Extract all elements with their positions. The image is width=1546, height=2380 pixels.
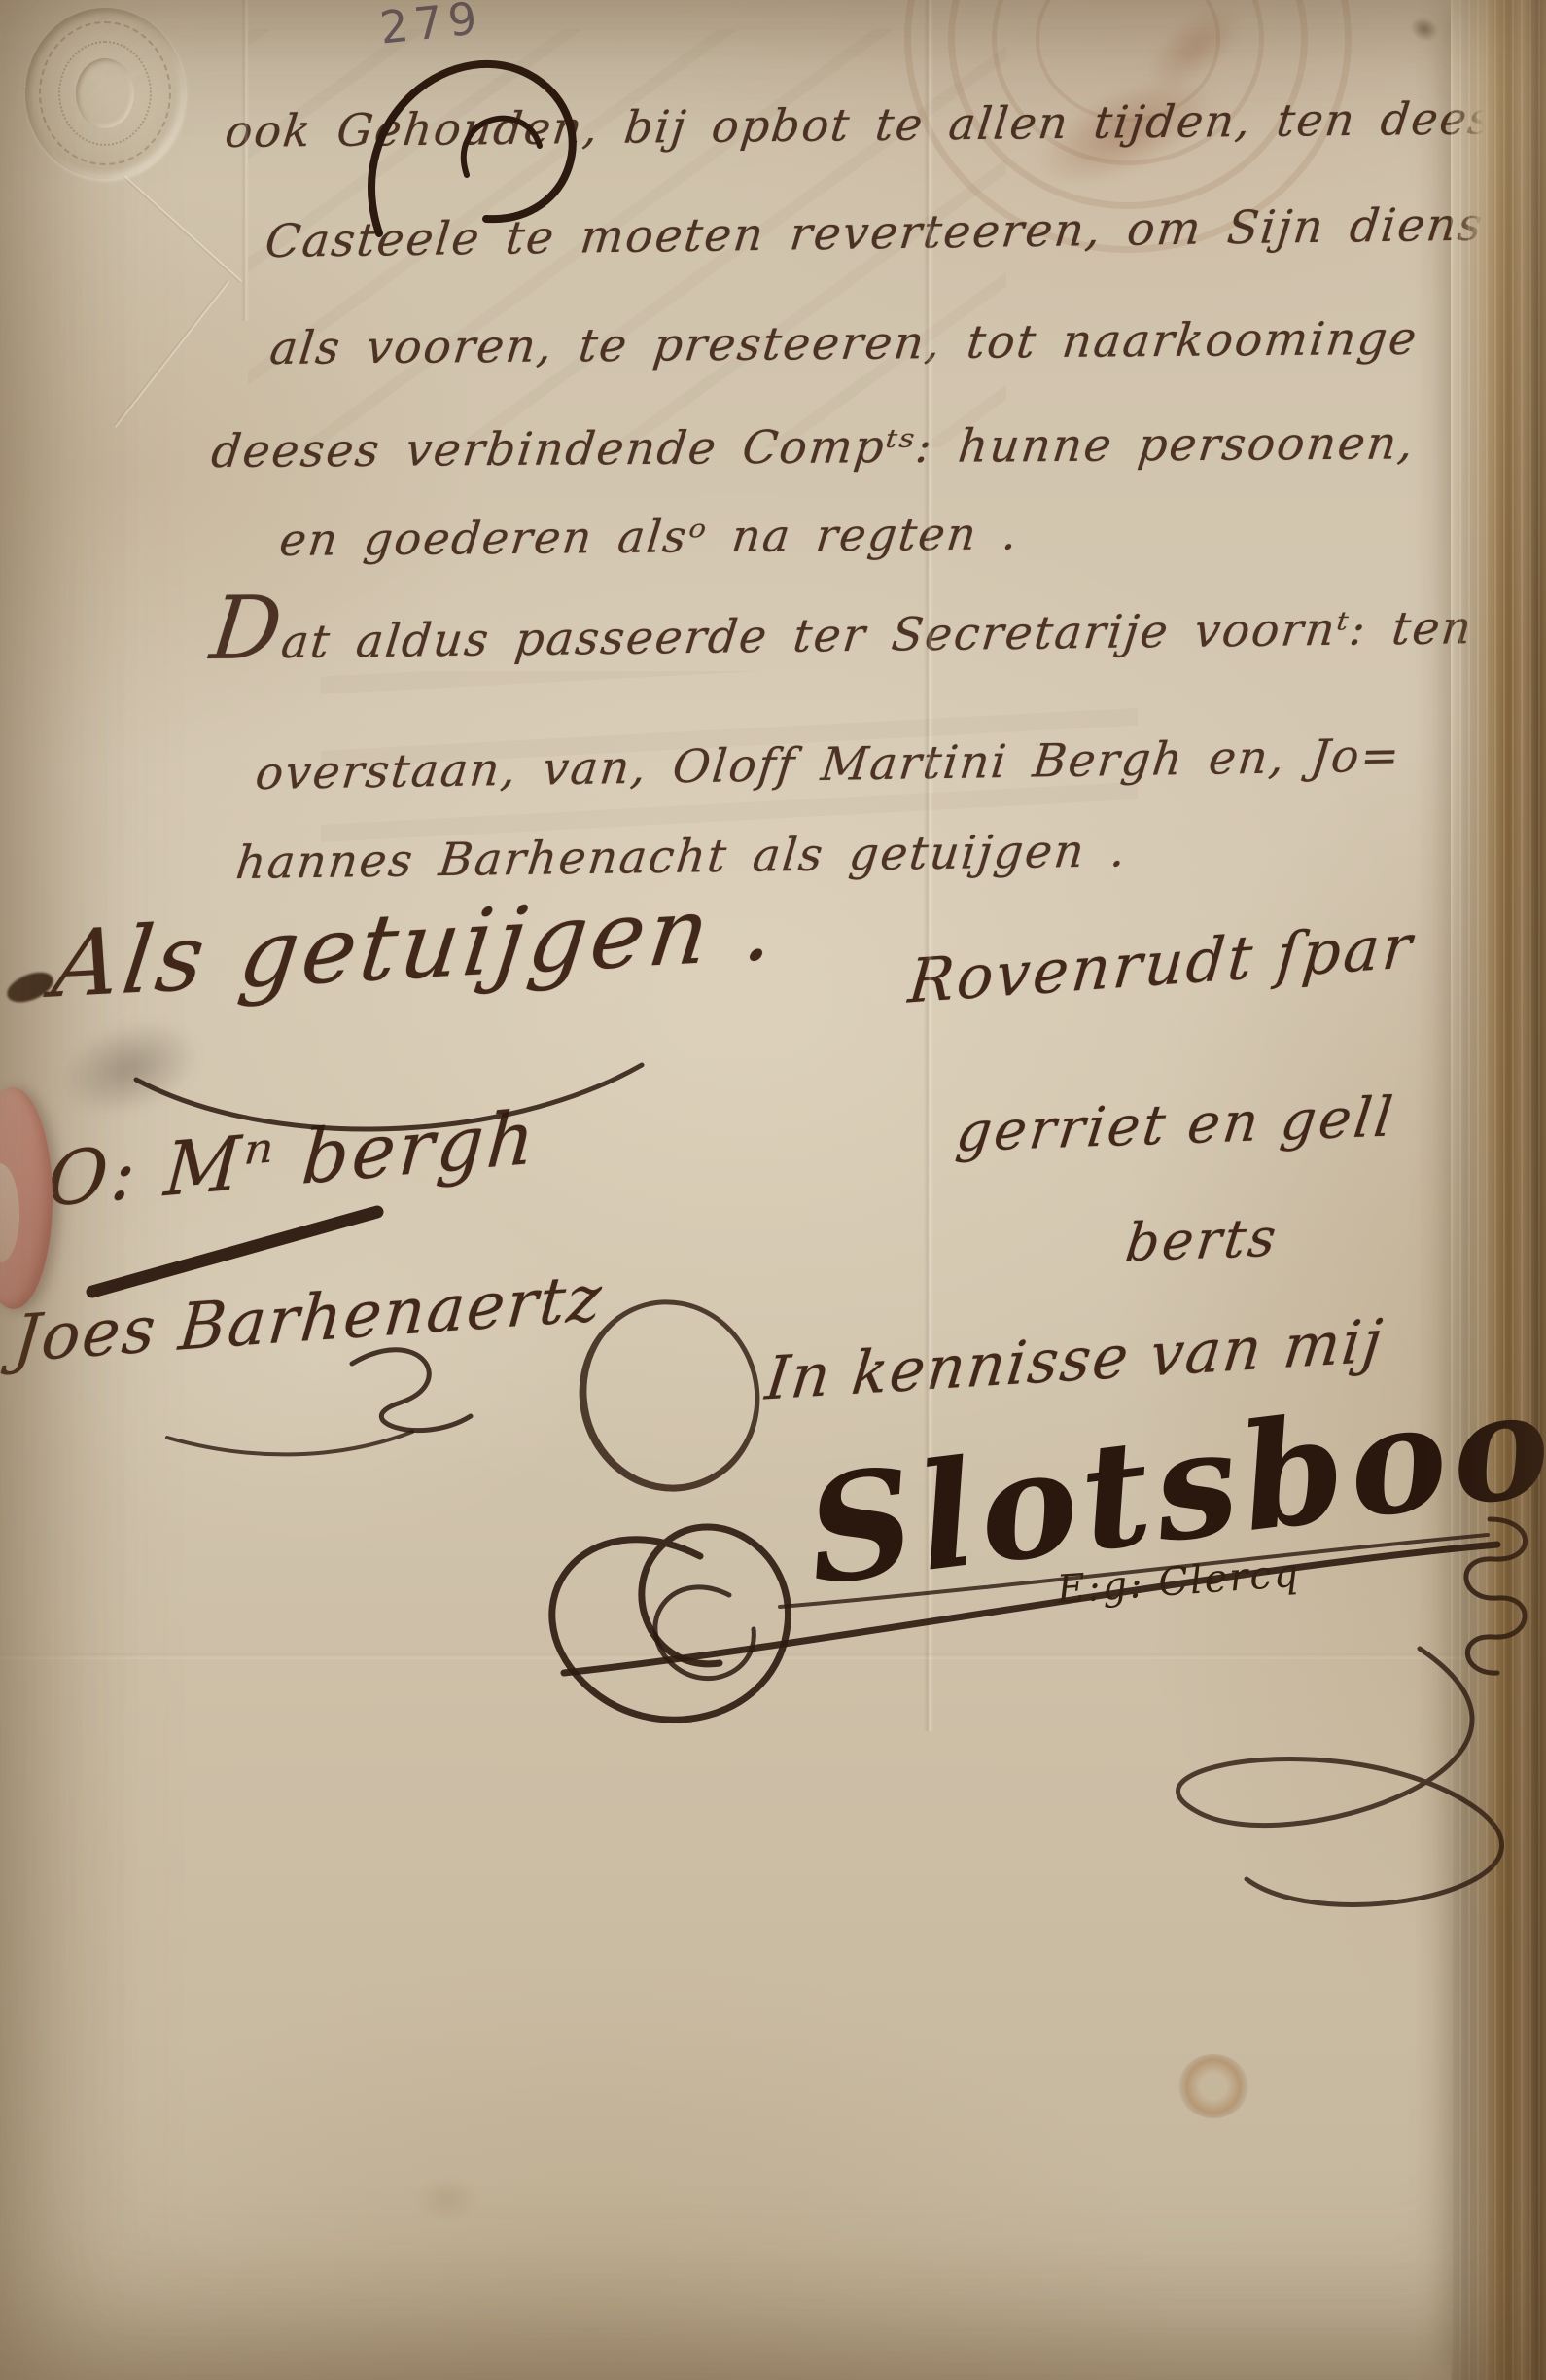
marginal-note-line: Rovenrudt ſpar [906, 910, 1418, 1017]
vertical-fold-crease [241, 0, 249, 321]
witness-heading: Als getuijgen . [48, 874, 785, 1019]
manuscript-line: als vooren, te presteeren, tot naarkoomi… [267, 312, 1422, 375]
manuscript-line: en goederen alsᵒ na regten . [277, 507, 1022, 566]
manuscript-line: Dat aldus passeerde ter Secretarije voor… [207, 601, 1476, 670]
signature-barhenaertz-flourish [0, 1196, 603, 1488]
embossed-blind-seal [25, 8, 185, 179]
marginal-note-line: berts [1122, 1207, 1282, 1274]
ink-speck [1406, 13, 1442, 46]
manuscript-line: deeses verbindende Compᵗˢ: hunne persoon… [209, 416, 1419, 479]
manuscript-photo: 279 ook Gehouden, bij opbot te allen tij… [0, 0, 1546, 2380]
book-page-edge [1451, 0, 1546, 2380]
secretary-signature-flourish: Slotsboo E:g: Clercq [525, 1352, 1546, 1955]
fingernail [0, 1163, 19, 1262]
witness-heading-flourish [117, 1050, 661, 1167]
foxing-stain [416, 2179, 478, 2220]
pencil-swirl-showthrough [321, 0, 632, 253]
seal-center [76, 58, 134, 128]
foxing-stain [1178, 2054, 1248, 2118]
marginal-note-line: gerriet en gell [953, 1085, 1398, 1164]
folded-corner-crease [114, 280, 229, 428]
